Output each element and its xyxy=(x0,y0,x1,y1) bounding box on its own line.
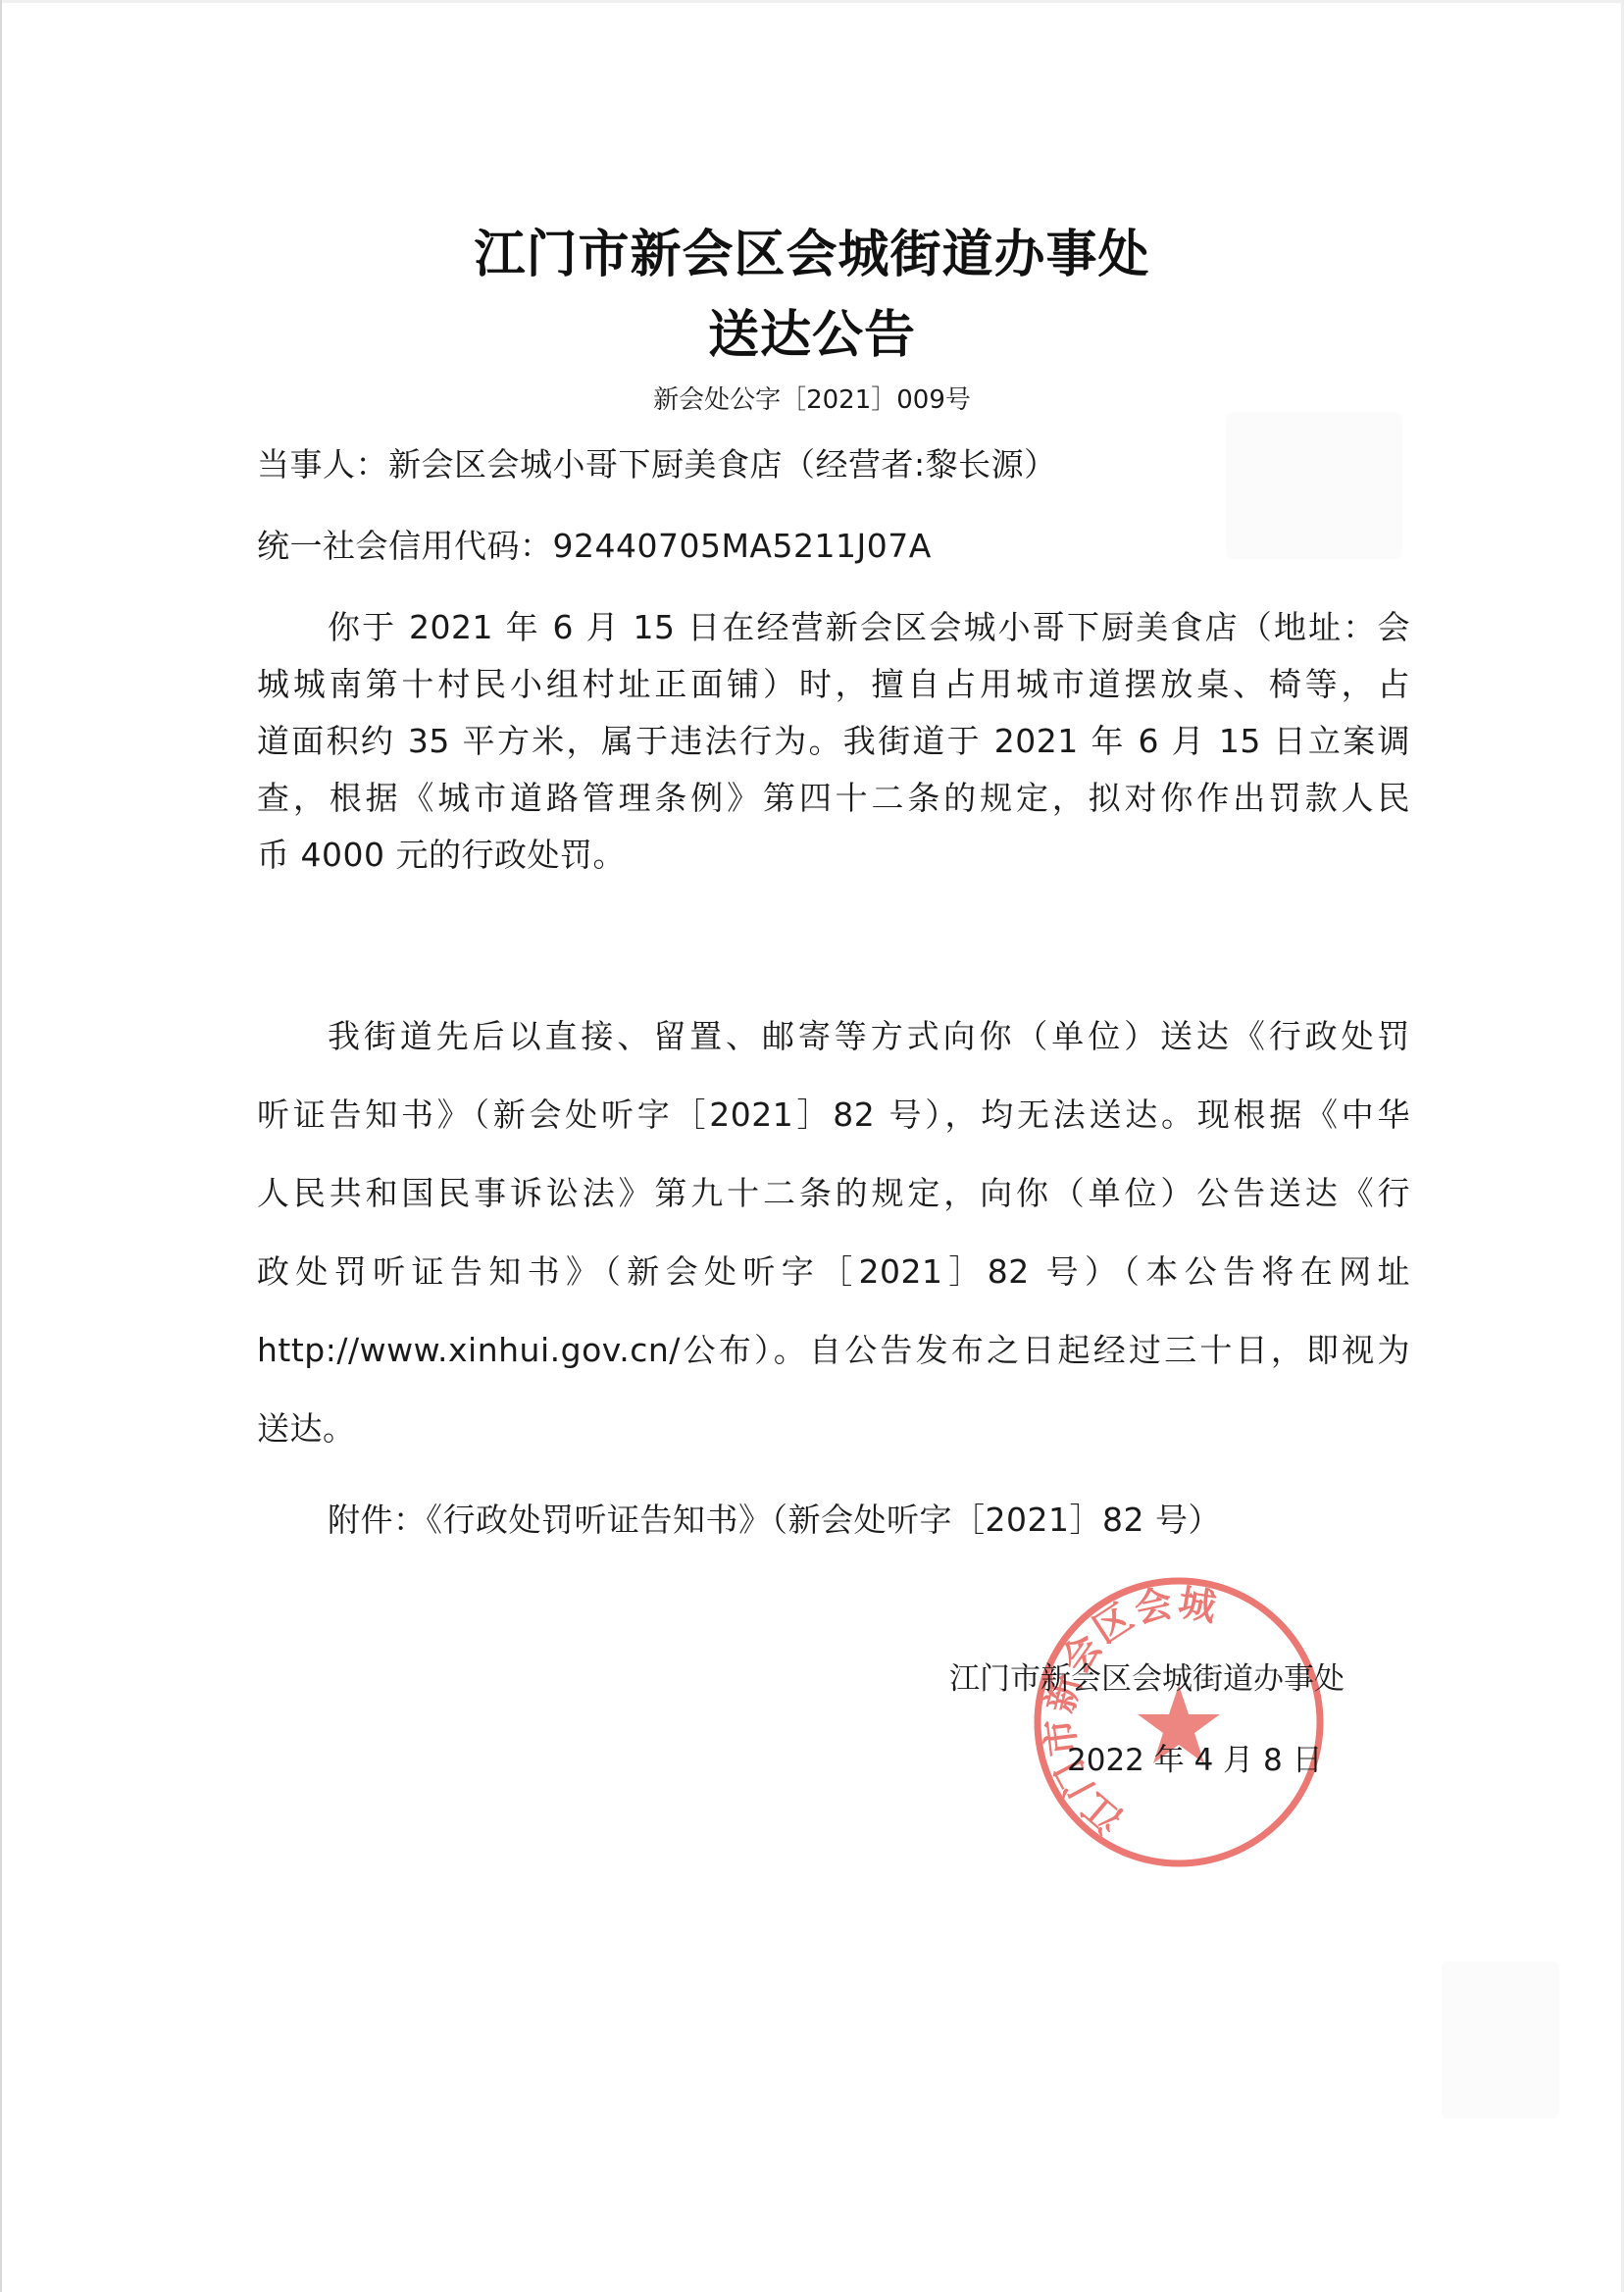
paragraph1-line: 你于 2021 年 6 月 15 日在经营新会区会城小哥下厨美食店（地址：会 xyxy=(328,606,1410,649)
party-value: 新会区会城小哥下厨美食店（经营者:黎长源） xyxy=(388,445,1057,484)
scan-bleed-through xyxy=(1442,1961,1559,2118)
paragraph2-line: 我街道先后以直接、留置、邮寄等方式向你（单位）送达《行政处罚 xyxy=(328,1015,1410,1058)
document-page: 江门市新会区会城街道办事处 送达公告 新会处公字［2021］009号 当事人：新… xyxy=(0,0,1624,2292)
signature-organization: 江门市新会区会城街道办事处 xyxy=(949,1657,1345,1701)
paragraph2-line: 听证告知书》（新会处听字［2021］82 号），均无法送达。现根据《中华 xyxy=(257,1094,1410,1137)
credit-code-label: 统一社会信用代码： xyxy=(257,527,553,565)
paragraph2-line: 人民共和国民事诉讼法》第九十二条的规定，向你（单位）公告送达《行 xyxy=(257,1172,1410,1215)
party-line: 当事人：新会区会城小哥下厨美食店（经营者:黎长源） xyxy=(257,443,1410,486)
credit-code-line: 统一社会信用代码：92440705MA5211J07A xyxy=(257,525,1410,568)
paragraph1-line: 城城南第十村民小组村址正面铺）时，擅自占用城市道摆放桌、椅等，占 xyxy=(257,663,1410,706)
paragraph2-line: 送达。 xyxy=(257,1407,1410,1451)
official-seal: 江门市新会区会城街道办事处 xyxy=(1032,1575,1326,1869)
signature-date: 2022 年 4 月 8 日 xyxy=(1067,1739,1323,1782)
document-subtitle: 送达公告 xyxy=(0,304,1624,367)
paragraph1-line: 道面积约 35 平方米，属于违法行为。我街道于 2021 年 6 月 15 日立… xyxy=(257,720,1410,763)
paragraph1-line: 查，根据《城市道路管理条例》第四十二条的规定，拟对你作出罚款人民 xyxy=(257,777,1410,820)
scan-edge-top xyxy=(0,0,1624,3)
paragraph2-line: 政处罚听证告知书》（新会处听字［2021］82 号）（本公告将在网址 xyxy=(257,1250,1410,1294)
document-number: 新会处公字［2021］009号 xyxy=(0,382,1624,418)
attachment-line: 附件：《行政处罚听证告知书》（新会处听字［2021］82 号） xyxy=(328,1499,1410,1542)
party-label: 当事人： xyxy=(257,445,388,484)
paragraph1-line: 币 4000 元的行政处罚。 xyxy=(257,834,1410,877)
paragraph2-line: http://www.xinhui.gov.cn/公布）。自公告发布之日起经过三… xyxy=(257,1329,1410,1372)
document-title: 江门市新会区会城街道办事处 xyxy=(0,224,1624,286)
credit-code-value: 92440705MA5211J07A xyxy=(553,527,932,565)
